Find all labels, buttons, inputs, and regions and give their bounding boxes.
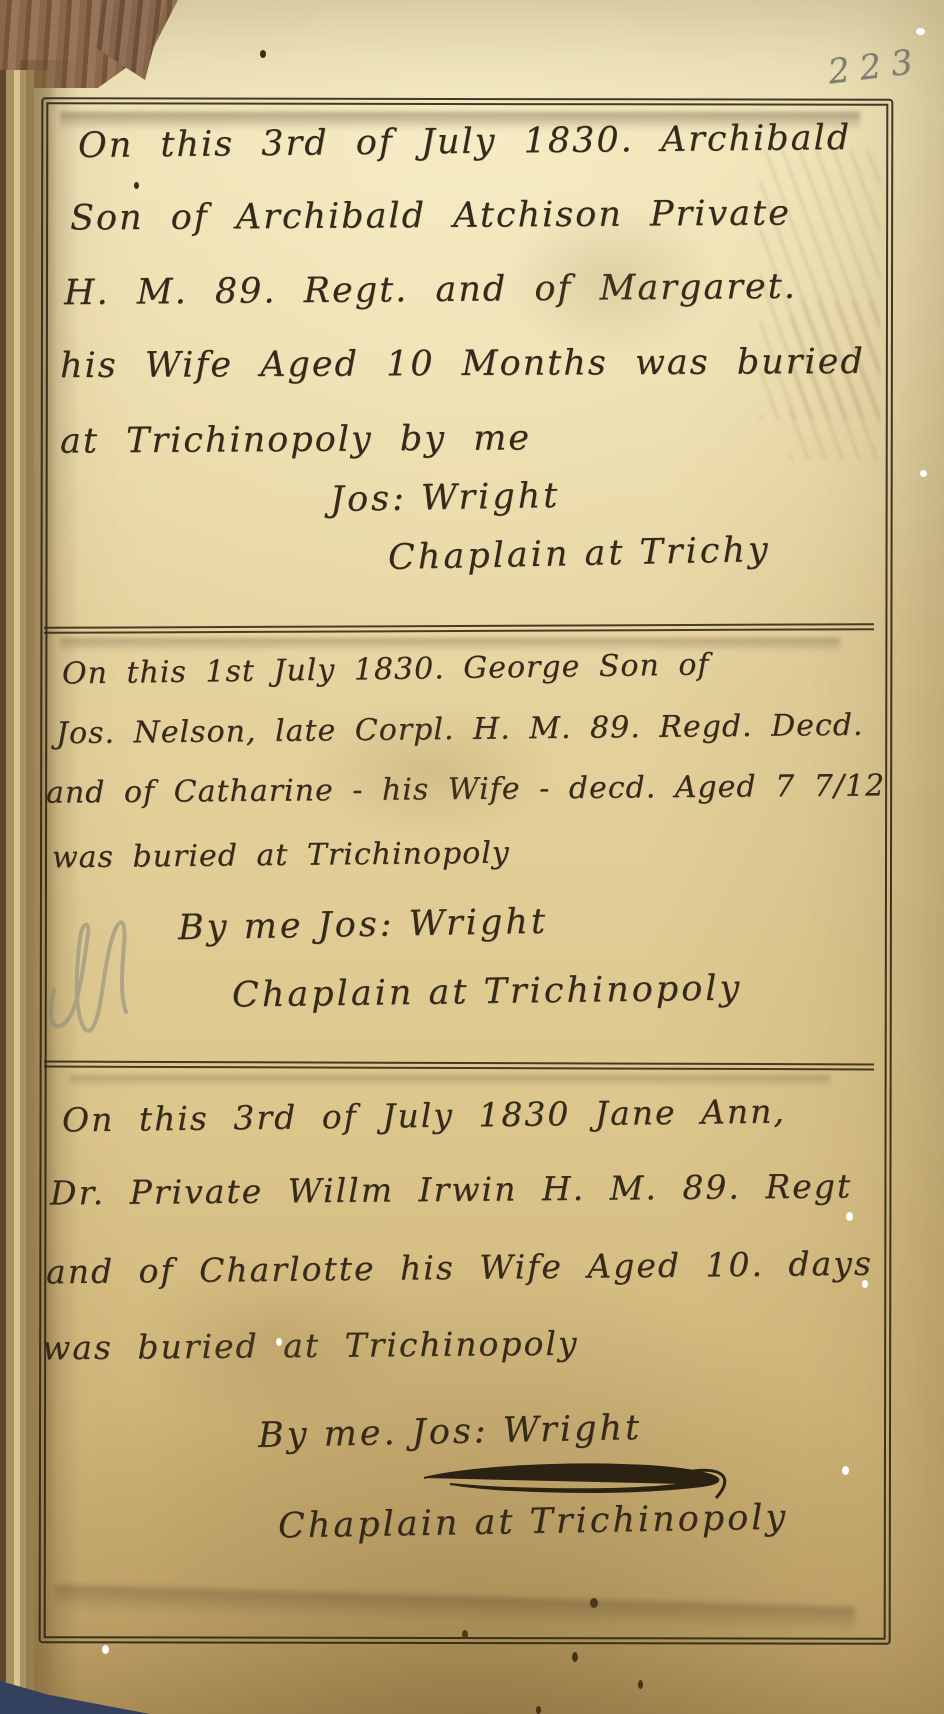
paper-stain [300,700,560,840]
entry-line: was buried at Trichinopoly [52,836,510,876]
ink-speck [536,1706,541,1714]
white-fleck [102,1645,109,1654]
signature: By me Jos: Wright [178,902,549,948]
signature-title: Chaplain at Trichinopoly [232,968,743,1015]
ink-speck [462,1630,468,1639]
entry-line: at Trichinopoly by me [60,418,531,461]
entry-line: On this 3rd of July 1830. Archibald [78,118,852,166]
ink-speck [590,1598,598,1608]
entry-line: Dr. Private Willm Irwin H. M. 89. Regt [50,1167,852,1213]
entry-line: his Wife Aged 10 Months was buried [60,342,865,386]
white-fleck [920,470,927,477]
white-fleck [916,28,925,35]
ink-speck [572,1652,578,1662]
ink-speck [260,50,266,58]
ink-speck [134,182,139,189]
ink-smudge [60,638,840,652]
white-fleck [842,1466,849,1475]
signature-flourish [420,1450,760,1510]
ink-speck [638,1680,643,1689]
signature-title: Chaplain at Trichy [388,530,772,578]
signature: Jos: Wright [330,476,561,520]
white-fleck [276,1338,282,1346]
white-fleck [846,1212,853,1221]
paper-stain [120,1250,420,1430]
register-page-scan: 223 On this 3rd of July 1830. Archibald … [0,0,944,1714]
white-fleck [862,1280,868,1288]
paper-stain [500,200,720,360]
pencil-scribble [40,900,150,1040]
ink-bleedthrough [790,300,880,460]
ink-smudge [70,1075,830,1087]
